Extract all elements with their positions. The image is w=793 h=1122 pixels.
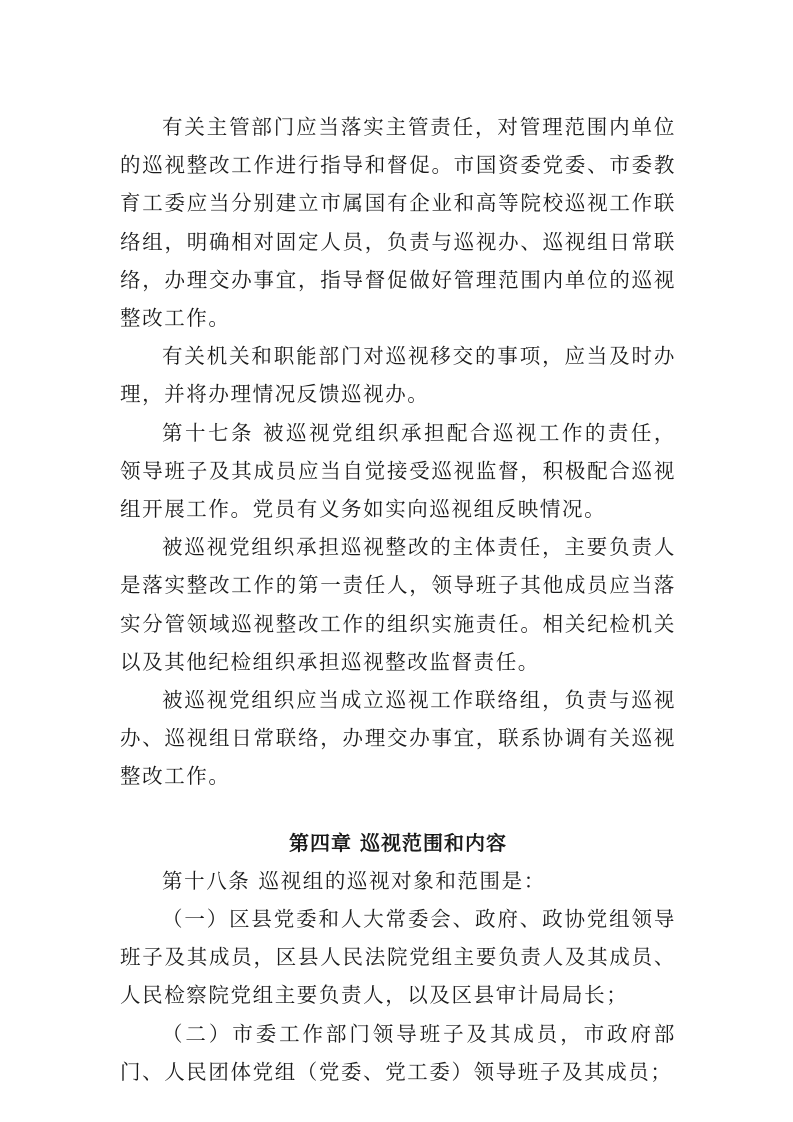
paragraph-rectification-responsibility: 被巡视党组织承担巡视整改的主体责任，主要负责人是落实整改工作的第一责任人，领导班… [120,528,676,681]
paragraph-article-18: 第十八条 巡视组的巡视对象和范围是： [120,862,676,900]
paragraph-item-1: （一）区县党委和人大常委会、政府、政协党组领导班子及其成员，区县人民法院党组主要… [120,900,676,1015]
paragraph-functional-departments: 有关机关和职能部门对巡视移交的事项，应当及时办理，并将办理情况反馈巡视办。 [120,337,676,413]
chapter-heading: 第四章 巡视范围和内容 [120,824,676,862]
paragraph-article-17: 第十七条 被巡视党组织承担配合巡视工作的责任，领导班子及其成员应当自觉接受巡视监… [120,414,676,529]
document-page: 有关主管部门应当落实主管责任，对管理范围内单位的巡视整改工作进行指导和督促。市国… [120,108,676,1091]
paragraph-supervising-departments: 有关主管部门应当落实主管责任，对管理范围内单位的巡视整改工作进行指导和督促。市国… [120,108,676,337]
paragraph-item-2: （二）市委工作部门领导班子及其成员，市政府部门、人民团体党组（党委、党工委）领导… [120,1015,676,1091]
paragraph-liaison-group: 被巡视党组织应当成立巡视工作联络组，负责与巡视办、巡视组日常联络，办理交办事宜，… [120,681,676,796]
